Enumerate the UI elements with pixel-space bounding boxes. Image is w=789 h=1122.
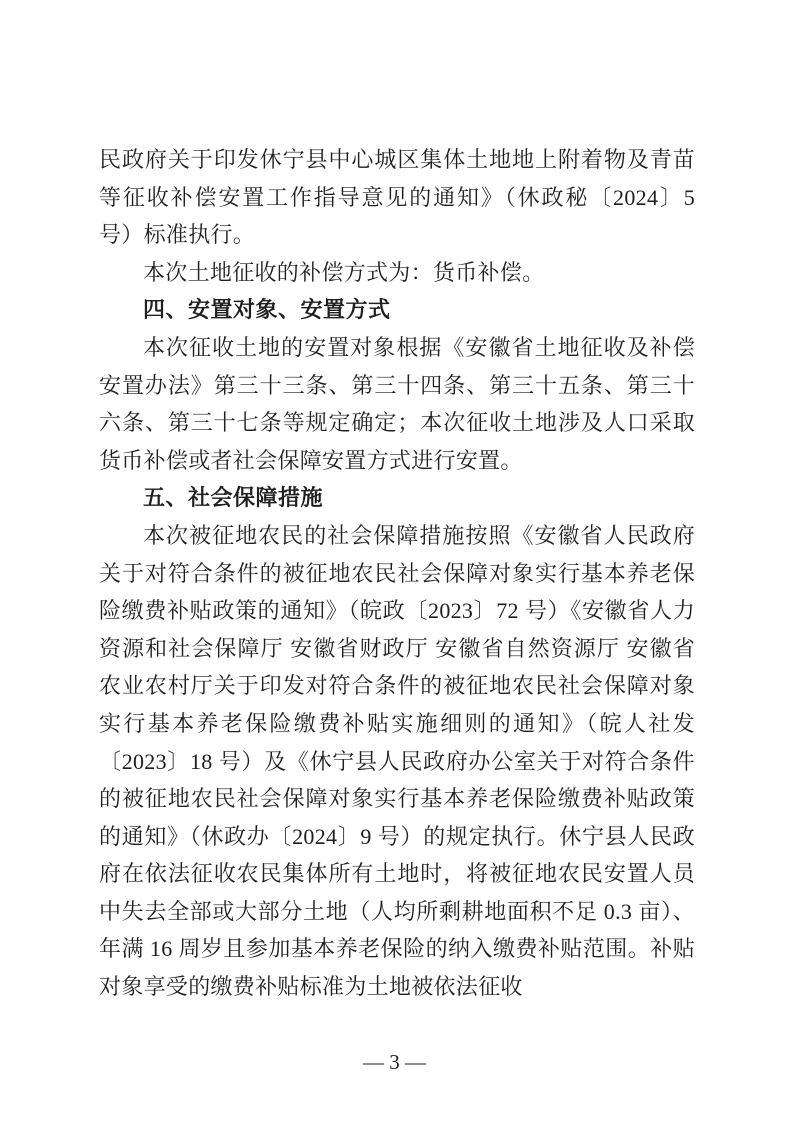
paragraph-social-security-measures: 本次被征地农民的社会保障措施按照《安徽省人民政府关于对符合条件的被征地农民社会保… <box>99 517 695 1006</box>
paragraph-resettlement-targets: 本次征收土地的安置对象根据《安徽省土地征收及补偿安置办法》第三十三条、第三十四条… <box>99 329 695 479</box>
document-body: 民政府关于印发休宁县中心城区集体土地地上附着物及青苗等征收补偿安置工作指导意见的… <box>99 141 695 1006</box>
paragraph-standard-notice-continuation: 民政府关于印发休宁县中心城区集体土地地上附着物及青苗等征收补偿安置工作指导意见的… <box>99 141 695 254</box>
page-number: — 3 — <box>0 1050 789 1075</box>
paragraph-compensation-method: 本次土地征收的补偿方式为：货币补偿。 <box>99 254 695 292</box>
heading-section-5-social-security: 五、社会保障措施 <box>99 479 695 517</box>
document-page: 民政府关于印发休宁县中心城区集体土地地上附着物及青苗等征收补偿安置工作指导意见的… <box>0 0 789 1122</box>
heading-section-4-resettlement: 四、安置对象、安置方式 <box>99 291 695 329</box>
